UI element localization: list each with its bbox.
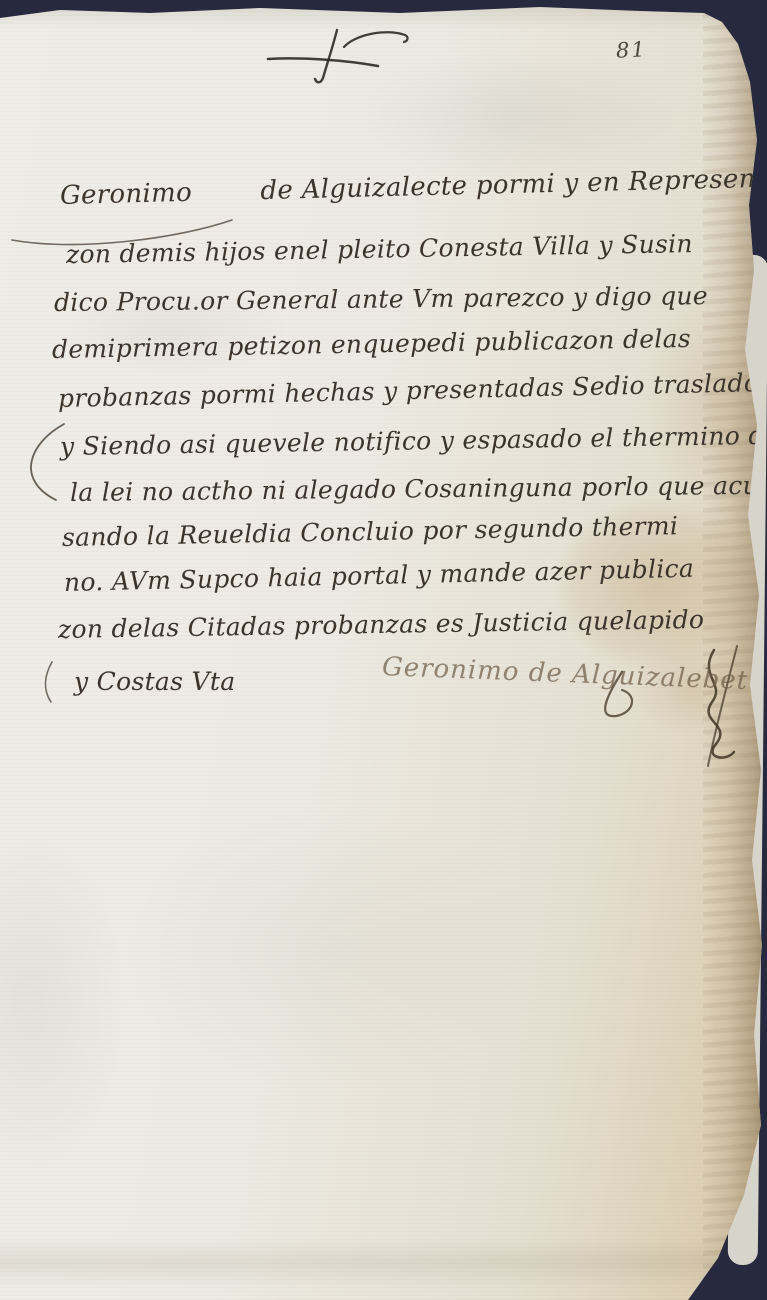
manuscript-line: dico Procu.or General ante Vm parezco y … [54, 282, 708, 316]
manuscript-line: probanzas pormi hechas y presentadas Sed… [58, 369, 760, 412]
manuscript-line: y Costas Vta [74, 668, 235, 696]
cancelled-folio-mark-icon [268, 30, 408, 82]
manuscript-page: 81 Geronimo de Alguizalecte [0, 0, 767, 1300]
signature: Geronimo de Alguizalebet [382, 654, 749, 694]
comma-flourish-icon [45, 662, 52, 702]
manuscript-line: zon delas Citadas probanzas es Justicia … [58, 606, 705, 644]
manuscript-line: demiprimera petizon enquepedi publicazon… [52, 325, 691, 364]
photo-backdrop: 81 Geronimo de Alguizalecte [0, 0, 767, 1300]
manuscript-line: la lei no actho ni alegado Cosaninguna p… [70, 472, 759, 507]
manuscript-line: y Siendo asi quevele notifico y espasado… [60, 422, 767, 461]
manuscript-line: no. AVm Supco haia portal y mande azer p… [64, 555, 695, 597]
folio-number: 81 [615, 39, 647, 62]
manuscript-line: sando la Reueldia Concluio por segundo t… [62, 512, 679, 551]
manuscript-line: Geronimo de Alguizalecte pormi y en Repr… [60, 164, 767, 210]
manuscript-line: zon demis hijos enel pleito Conesta Vill… [66, 230, 693, 268]
